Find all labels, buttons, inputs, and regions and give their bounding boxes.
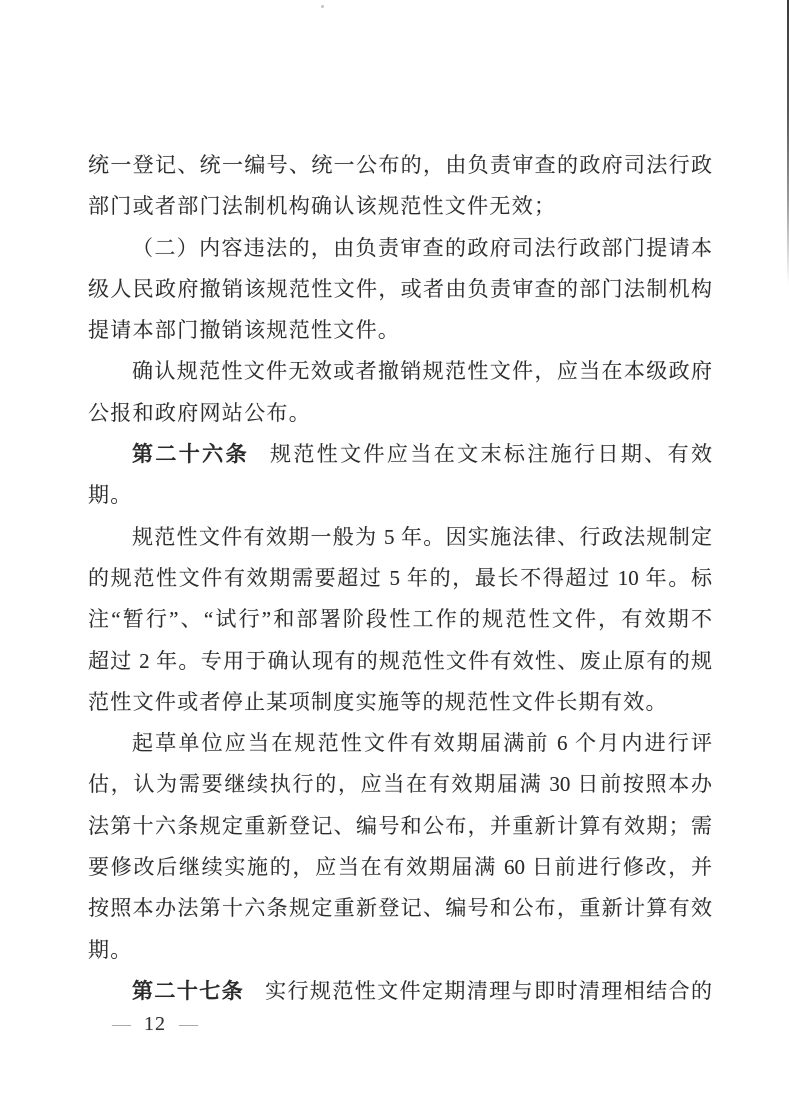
scanned-document-page: 统一登记、统一编号、统一公布的，由负责审查的政府司法行政 部门或者部门法制机构确… — [0, 0, 789, 1118]
body-line-11: 的规范性文件有效期需要超过 5 年的，最长不得超过 10 年。标 — [88, 558, 712, 599]
body-line-20: 期。 — [88, 930, 712, 971]
footer-dash-right: — — [179, 1015, 198, 1034]
page-footer: — 12 — — [112, 1011, 198, 1037]
body-line-13: 超过 2 年。专用于确认现有的规范性文件有效性、废止原有的规 — [88, 641, 712, 682]
body-line-5: 提请本部门撤销该规范性文件。 — [88, 310, 712, 351]
body-line-10: 规范性文件有效期一般为 5 年。因实施法律、行政法规制定 — [88, 517, 712, 558]
body-line-14: 范性文件或者停止某项制度实施等的规范性文件长期有效。 — [88, 682, 712, 723]
article-26-text: 规范性文件应当在文末标注施行日期、有效 — [270, 442, 712, 466]
body-line-6: 确认规范性文件无效或者撤销规范性文件，应当在本级政府 — [88, 351, 712, 392]
body-line-12: 注“暂行”、“试行”和部署阶段性工作的规范性文件，有效期不 — [88, 599, 712, 640]
body-line-15: 起草单位应当在规范性文件有效期届满前 6 个月内进行评 — [88, 723, 712, 764]
page-number: 12 — [144, 1013, 166, 1036]
body-line-4: 级人民政府撤销该规范性文件，或者由负责审查的部门法制机构 — [88, 269, 712, 310]
body-line-7: 公报和政府网站公布。 — [88, 393, 712, 434]
body-line-16: 估，认为需要继续执行的，应当在有效期届满 30 日前按照本办 — [88, 764, 712, 805]
body-line-21: 第二十七条实行规范性文件定期清理与即时清理相结合的 — [88, 971, 712, 1012]
body-line-19: 按照本办法第十六条规定重新登记、编号和公布，重新计算有效 — [88, 888, 712, 929]
scan-artifact-speck — [321, 5, 324, 8]
body-line-8: 第二十六条规范性文件应当在文末标注施行日期、有效 — [88, 434, 712, 475]
body-text: 统一登记、统一编号、统一公布的，由负责审查的政府司法行政 部门或者部门法制机构确… — [88, 145, 712, 1012]
body-line-17: 法第十六条规定重新登记、编号和公布，并重新计算有效期；需 — [88, 806, 712, 847]
body-line-3: （二）内容违法的，由负责审查的政府司法行政部门提请本 — [88, 228, 712, 269]
article-27-heading: 第二十七条 — [132, 980, 244, 1003]
body-line-9: 期。 — [88, 475, 712, 516]
body-line-18: 要修改后继续实施的，应当在有效期届满 60 日前进行修改，并 — [88, 847, 712, 888]
body-line-1: 统一登记、统一编号、统一公布的，由负责审查的政府司法行政 — [88, 145, 712, 186]
article-26-heading: 第二十六条 — [132, 443, 249, 466]
body-line-2: 部门或者部门法制机构确认该规范性文件无效； — [88, 186, 712, 227]
article-27-text: 实行规范性文件定期清理与即时清理相结合的 — [265, 979, 712, 1003]
footer-dash-left: — — [112, 1015, 131, 1034]
